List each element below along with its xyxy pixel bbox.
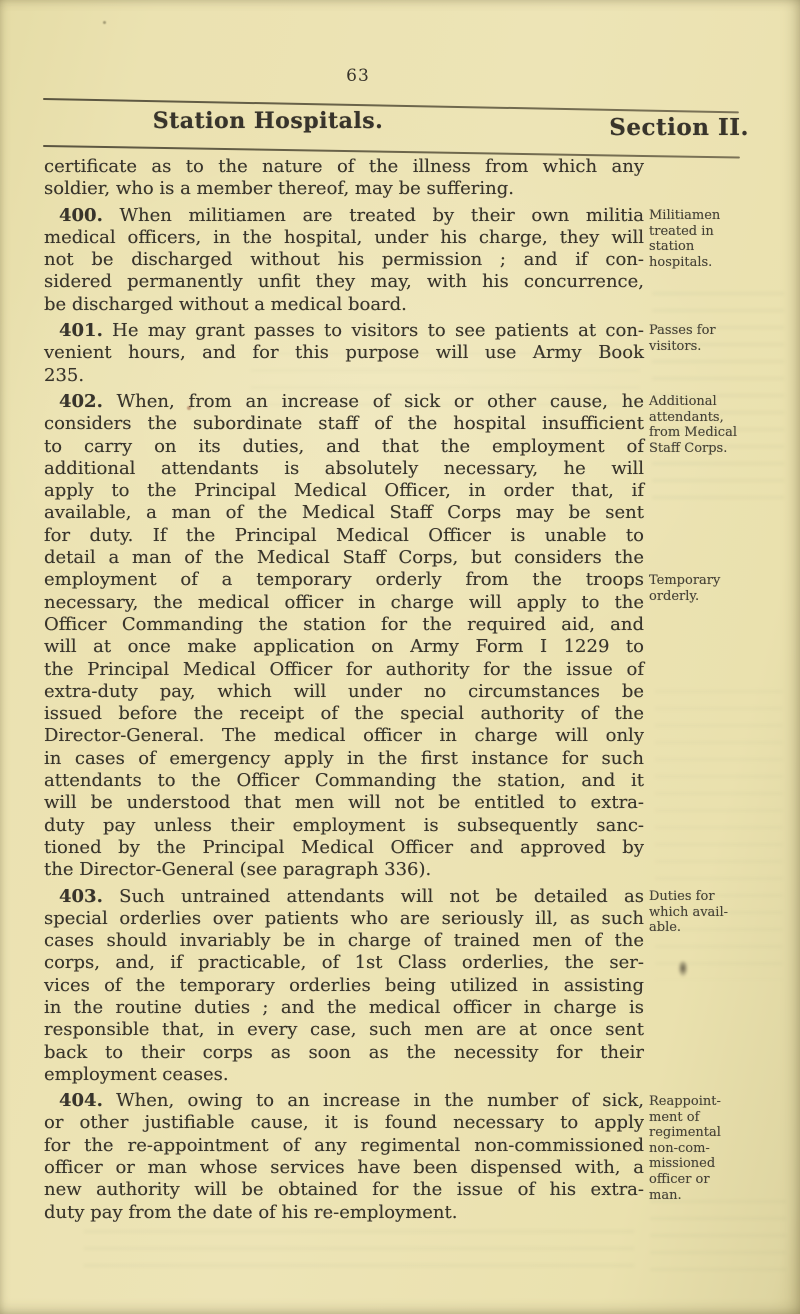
text-line: in cases of emergency apply in the first… [44, 748, 644, 770]
page-number: 63 [0, 66, 716, 86]
text-line: venient hours, and for this purpose will… [44, 342, 644, 364]
text-line: 400. When militiamen are treated by thei… [44, 205, 644, 227]
margin-note-line: Militiamen [649, 208, 771, 224]
header-rule-top [43, 98, 739, 113]
bleed-through-smudge [650, 1200, 786, 1284]
text-line: or other justifiable cause, it is found … [44, 1112, 644, 1134]
margin-note-line: non-com- [649, 1141, 771, 1157]
text-line: duty pay unless their employment is subs… [44, 815, 644, 837]
text-line: considers the subordinate staff of the h… [44, 413, 644, 435]
text-line: employment of a temporary orderly from t… [44, 569, 644, 591]
text-line: soldier, who is a member thereof, may be… [44, 178, 644, 200]
margin-note-temporary-orderly: Temporaryorderly. [649, 573, 771, 604]
text-line: extra-duty pay, which will under no circ… [44, 681, 644, 703]
text-line: officer or man whose services have been … [44, 1157, 644, 1179]
margin-note-line: attendants, [649, 410, 771, 426]
section-label: Section II. [609, 114, 749, 141]
text-line: available, a man of the Medical Staff Co… [44, 502, 644, 524]
text-line: responsible that, in every case, such me… [44, 1019, 644, 1041]
margin-note-line: visitors. [649, 339, 771, 355]
margin-note-line: Temporary [649, 573, 771, 589]
margin-note-line: station [649, 239, 771, 255]
bleed-through-smudge [84, 1230, 634, 1276]
page-title: Station Hospitals. [153, 108, 384, 134]
text-line: Director-General. The medical officer in… [44, 725, 644, 747]
text-line: Officer Commanding the station for the r… [44, 614, 644, 636]
margin-note-additional-attendants: Additionalattendants,from MedicalStaff C… [649, 394, 771, 456]
margin-note-line: Passes for [649, 323, 771, 339]
text-line: sidered permanently unfit they may, with… [44, 271, 644, 293]
text-line: the Principal Medical Officer for author… [44, 659, 644, 681]
text-line: for duty. If the Principal Medical Offic… [44, 525, 644, 547]
paragraph: 404. When, owing to an increase in the n… [44, 1090, 644, 1224]
margin-note-line: man. [649, 1188, 771, 1204]
text-line: back to their corps as soon as the neces… [44, 1042, 644, 1064]
text-line: employment ceases. [44, 1064, 644, 1086]
margin-note-line: missioned [649, 1156, 771, 1172]
margin-note-line: able. [649, 920, 771, 936]
paragraph-number: 401. [59, 320, 103, 341]
scanned-book-page: 63 Station Hospitals. Section II. certif… [0, 0, 800, 1314]
text-line: 403. Such untrained attendants will not … [44, 886, 644, 908]
text-line: in the routine duties ; and the medical … [44, 997, 644, 1019]
text-line: to carry on its duties, and that the emp… [44, 436, 644, 458]
margin-note-line: Duties for [649, 889, 771, 905]
text-line: tioned by the Principal Medical Officer … [44, 837, 644, 859]
paragraph-number: 403. [59, 886, 103, 907]
text-line: issued before the receipt of the special… [44, 703, 644, 725]
text-line: new authority will be obtained for the i… [44, 1179, 644, 1201]
text-line: 235. [44, 365, 644, 387]
margin-note-line: regimental [649, 1125, 771, 1141]
text-line: for the re-appointment of any regimental… [44, 1135, 644, 1157]
text-line: apply to the Principal Medical Officer, … [44, 480, 644, 502]
text-line: certificate as to the nature of the illn… [44, 156, 644, 178]
text-line: detail a man of the Medical Staff Corps,… [44, 547, 644, 569]
text-line: vices of the temporary orderlies being u… [44, 975, 644, 997]
text-line: attendants to the Officer Commanding the… [44, 770, 644, 792]
paragraph: 402. When, from an increase of sick or o… [44, 391, 644, 882]
text-line: the Director-General (see paragraph 336)… [44, 859, 644, 881]
paragraph: 401. He may grant passes to visitors to … [44, 320, 644, 387]
margin-note-passes: Passes forvisitors. [649, 323, 771, 354]
text-line: will be understood that men will not be … [44, 792, 644, 814]
paragraph-number: 404. [59, 1090, 103, 1111]
text-line: necessary, the medical officer in charge… [44, 592, 644, 614]
margin-note-line: which avail- [649, 905, 771, 921]
paragraph: 400. When militiamen are treated by thei… [44, 205, 644, 316]
text-line: additional attendants is absolutely nece… [44, 458, 644, 480]
margin-note-line: treated in [649, 224, 771, 240]
bleed-through-smudge [655, 690, 783, 980]
body-column: certificate as to the nature of the illn… [44, 156, 644, 1224]
margin-note-duties: Duties forwhich avail-able. [649, 889, 771, 936]
text-line: 402. When, from an increase of sick or o… [44, 391, 644, 413]
text-line: will at once make application on Army Fo… [44, 636, 644, 658]
text-line: 404. When, owing to an increase in the n… [44, 1090, 644, 1112]
margin-note-militiamen: Militiamentreated instationhospitals. [649, 208, 771, 270]
margin-note-reappointment: Reappoint-ment ofregimentalnon-com-missi… [649, 1094, 771, 1203]
margin-note-line: Reappoint- [649, 1094, 771, 1110]
margin-note-line: Staff Corps. [649, 441, 771, 457]
text-line: cases should invariably be in charge of … [44, 930, 644, 952]
paper-speck [103, 21, 106, 24]
margin-note-line: from Medical [649, 425, 771, 441]
paragraph-number: 402. [59, 391, 103, 412]
text-line: 401. He may grant passes to visitors to … [44, 320, 644, 342]
text-line: not be discharged without his permission… [44, 249, 644, 271]
text-line: corps, and, if practicable, of 1st Class… [44, 952, 644, 974]
paragraph: 403. Such untrained attendants will not … [44, 886, 644, 1087]
ink-blot [678, 961, 688, 977]
text-line: medical officers, in the hospital, under… [44, 227, 644, 249]
paragraph-number: 400. [59, 205, 103, 226]
margin-note-line: Additional [649, 394, 771, 410]
margin-note-line: hospitals. [649, 255, 771, 271]
text-line: be discharged without a medical board. [44, 294, 644, 316]
text-line: special orderlies over patients who are … [44, 908, 644, 930]
margin-note-line: ment of [649, 1110, 771, 1126]
margin-note-line: orderly. [649, 589, 771, 605]
text-line: duty pay from the date of his re-employm… [44, 1202, 644, 1224]
paragraph: certificate as to the nature of the illn… [44, 156, 644, 201]
paper-speck [187, 406, 191, 410]
margin-note-line: officer or [649, 1172, 771, 1188]
